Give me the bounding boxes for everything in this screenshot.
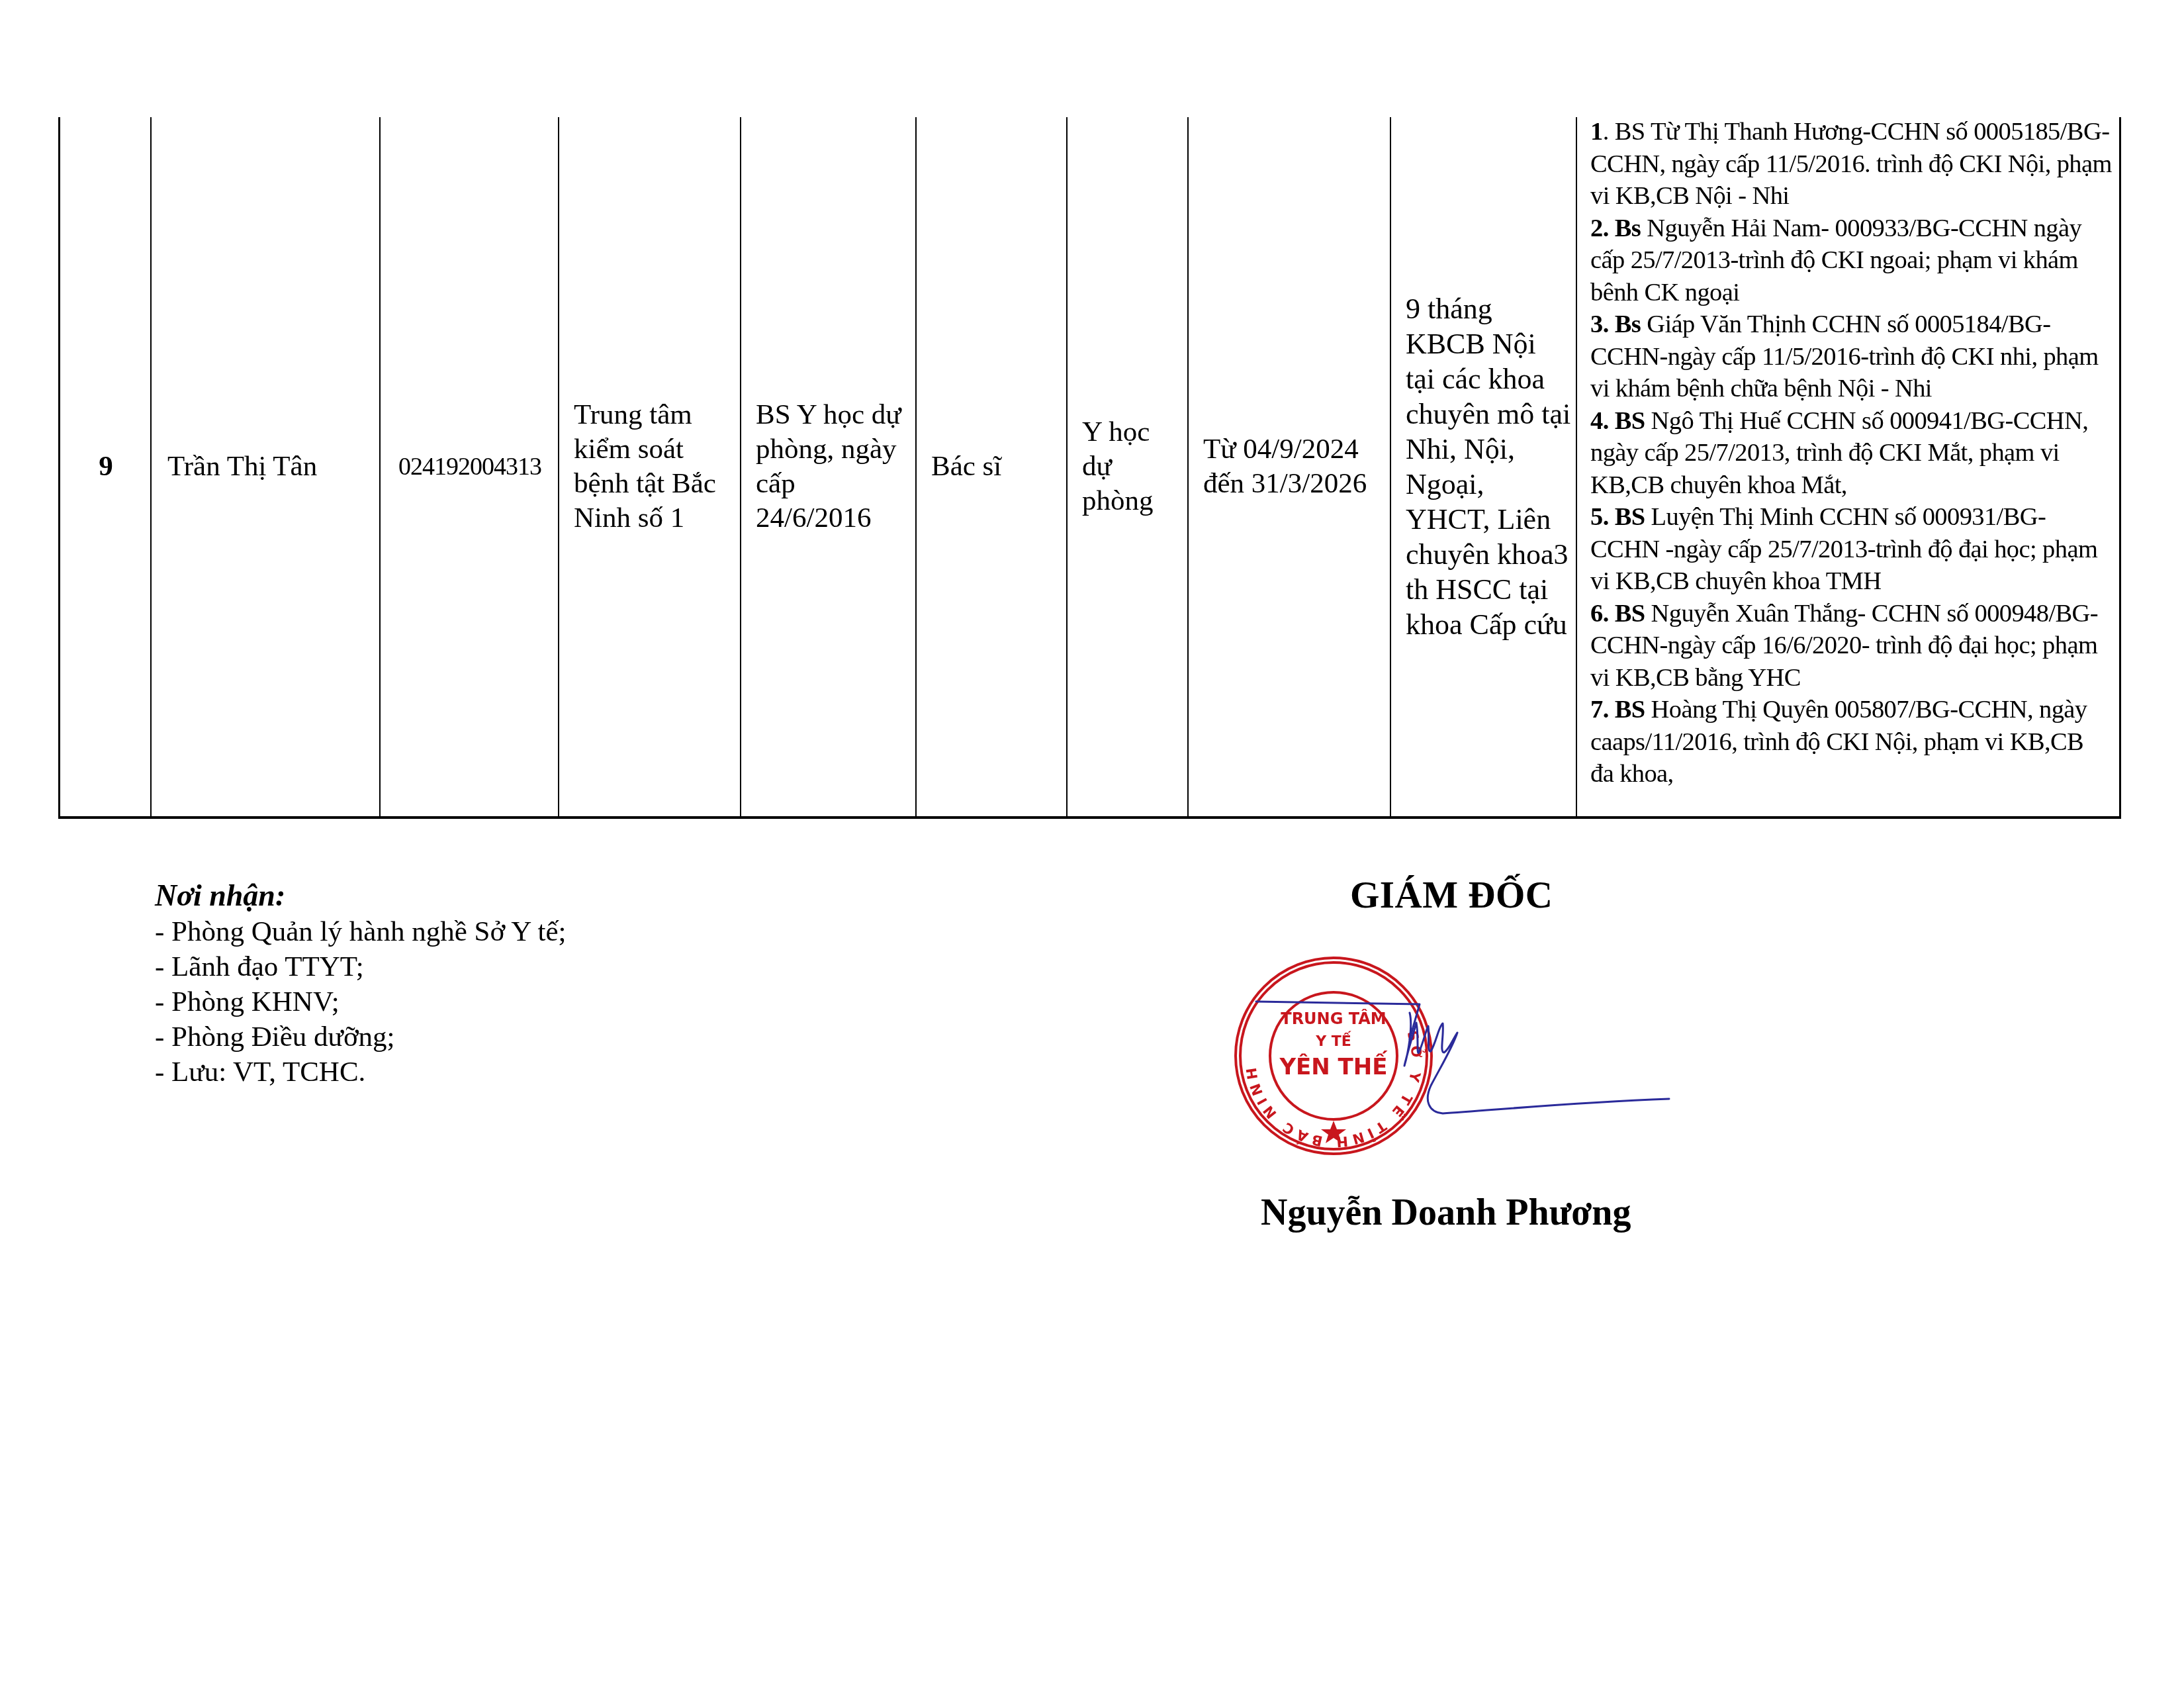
supervisor-item: 1. BS Từ Thị Thanh Hương-CCHN số 0005185…: [1590, 116, 2112, 212]
supervisor-item: 3. Bs Giáp Văn Thịnh CCHN số 0005184/BG-…: [1590, 308, 2112, 405]
recipient-item: - Phòng KHNV;: [155, 984, 566, 1019]
supervisor-item: 6. BS Nguyễn Xuân Thắng- CCHN số 000948/…: [1590, 598, 2112, 694]
id-number: 024192004313: [381, 117, 559, 816]
row-number: 9: [60, 117, 152, 816]
recipient-item: - Lãnh đạo TTYT;: [155, 949, 566, 984]
trainee-name: Trần Thị Tân: [152, 117, 381, 816]
supervisor-item: 7. BS Hoàng Thị Quyên 005807/BG-CCHN, ng…: [1590, 694, 2112, 790]
signer-name: Nguyễn Doanh Phương: [1261, 1192, 1631, 1234]
signer-position: GIÁM ĐỐC: [1350, 874, 1553, 917]
practice-period: Từ 04/9/2024 đến 31/3/2026: [1189, 117, 1391, 816]
handwritten-signature-icon: [1251, 986, 1674, 1125]
organization: Trung tâm kiểm soát bệnh tật Bắc Ninh số…: [559, 117, 741, 816]
trainee-table: 9 Trần Thị Tân 024192004313 Trung tâm ki…: [58, 117, 2121, 819]
supervisors-cell: 1. BS Từ Thị Thanh Hương-CCHN số 0005185…: [1577, 117, 2121, 816]
practice-content: 9 tháng KBCB Nội tại các khoa chuyên mô …: [1391, 117, 1577, 816]
supervisor-item: 5. BS Luyện Thị Minh CCHN số 000931/BG-C…: [1590, 501, 2112, 598]
degree: BS Y học dự phòng, ngày cấp 24/6/2016: [741, 117, 917, 816]
supervisor-item: 4. BS Ngô Thị Huế CCHN số 000941/BG-CCHN…: [1590, 405, 2112, 502]
recipient-item: - Lưu: VT, TCHC.: [155, 1055, 566, 1090]
recipients-block: Nơi nhận: - Phòng Quản lý hành nghề Sở Y…: [155, 877, 566, 1090]
supervisor-list: 1. BS Từ Thị Thanh Hương-CCHN số 0005185…: [1590, 116, 2112, 790]
supervisor-item: 2. Bs Nguyễn Hải Nam- 000933/BG-CCHN ngà…: [1590, 212, 2112, 309]
recipients-title: Nơi nhận:: [155, 877, 566, 914]
recipient-item: - Phòng Quản lý hành nghề Sở Y tế;: [155, 914, 566, 949]
practice-scope: Y học dự phòng: [1068, 117, 1189, 816]
job-title: Bác sĩ: [917, 117, 1068, 816]
recipient-item: - Phòng Điều dưỡng;: [155, 1019, 566, 1055]
